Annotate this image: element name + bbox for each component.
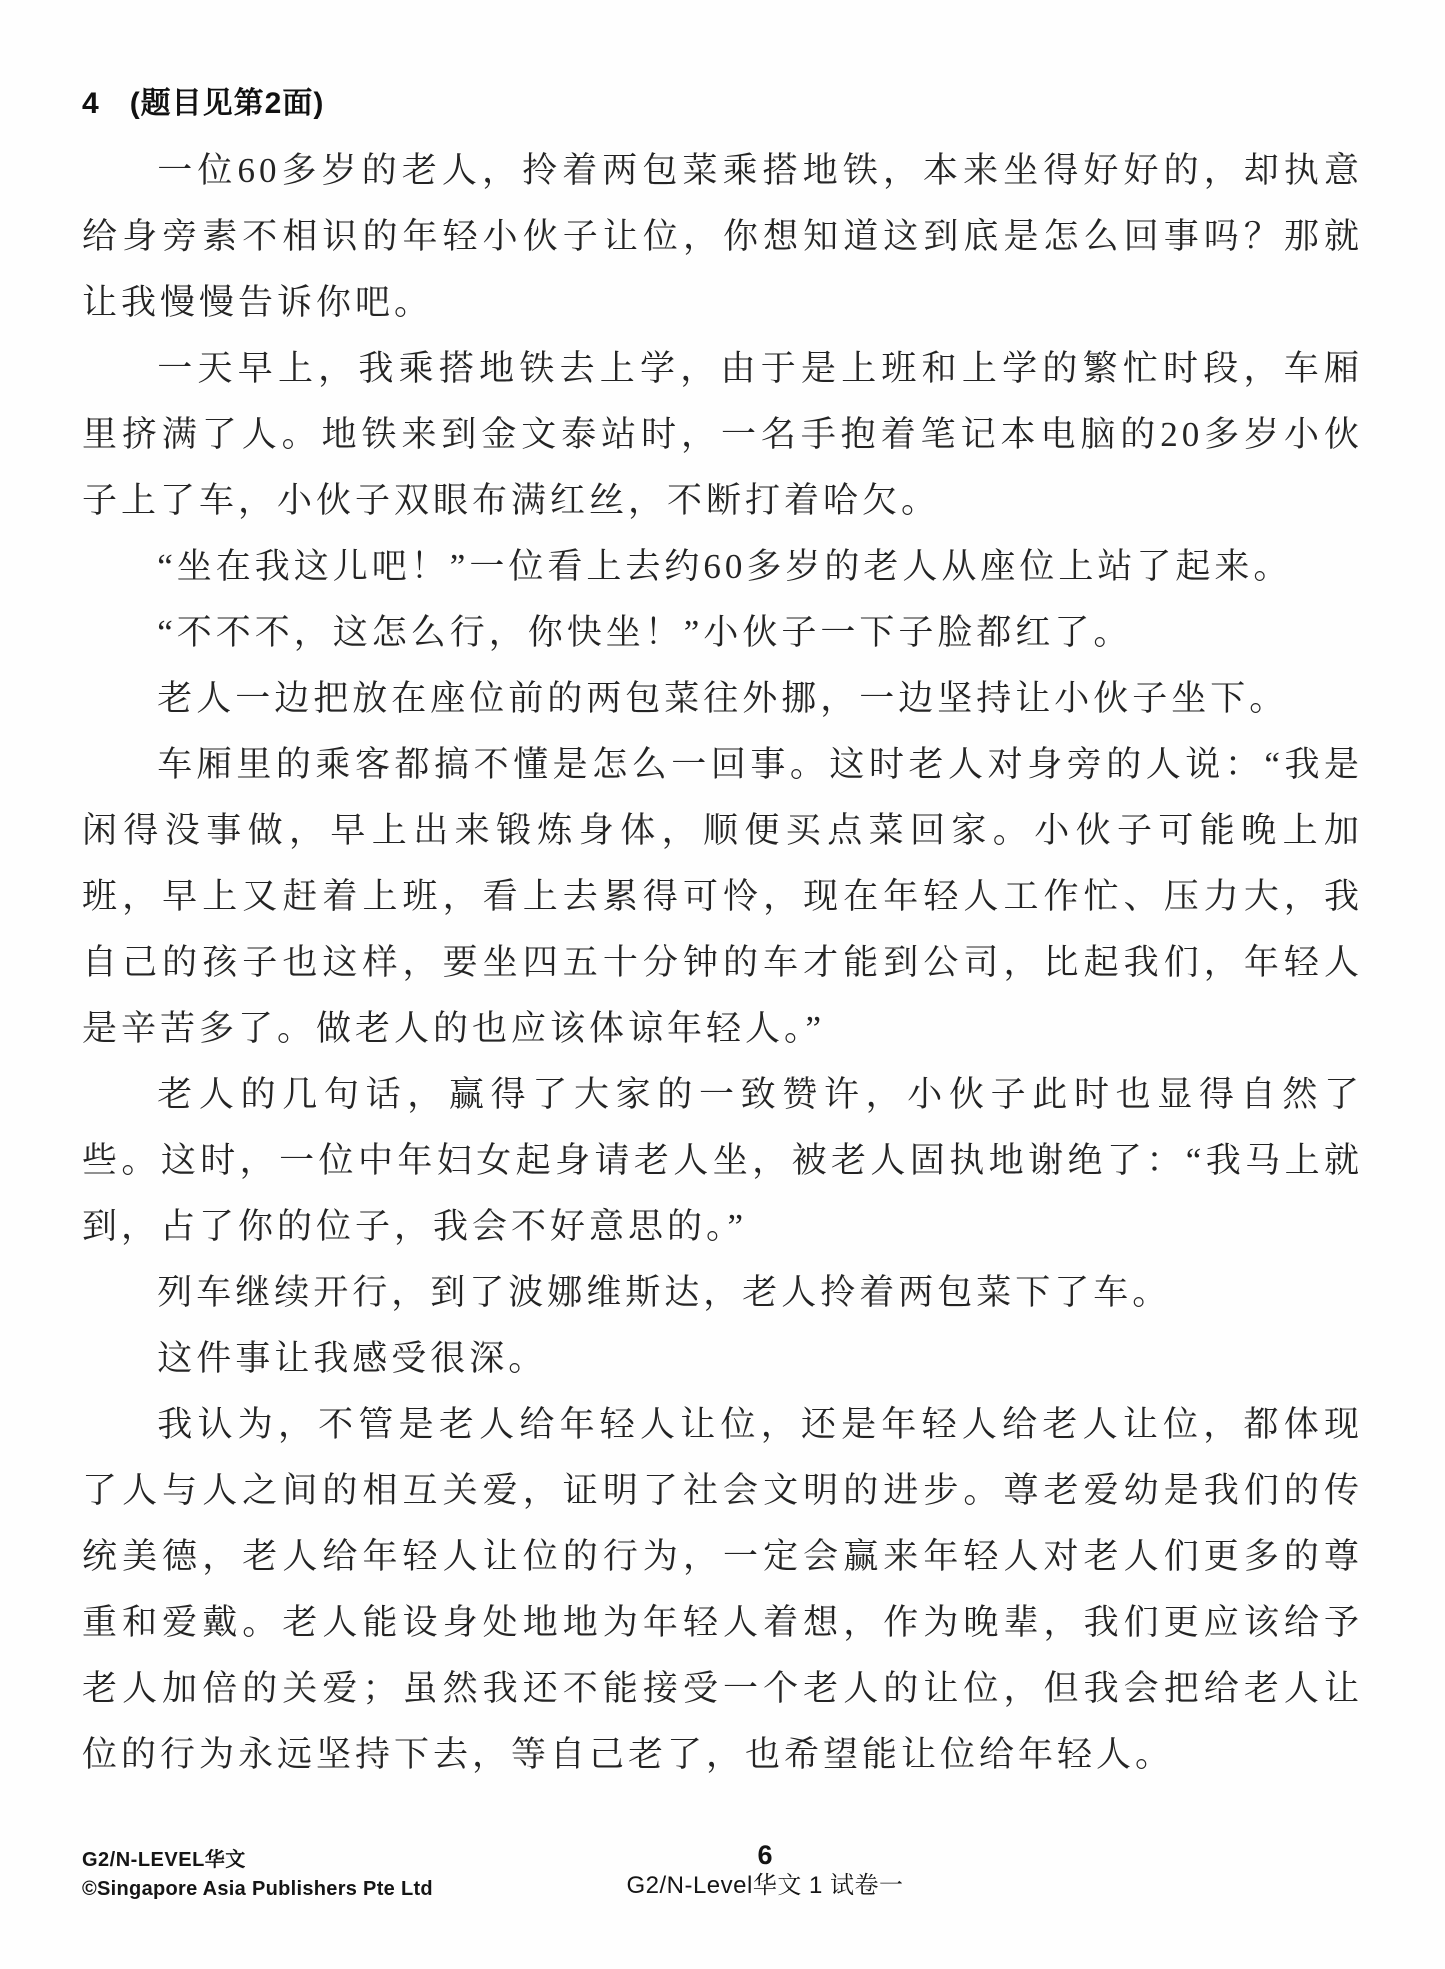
footer-left: G2/N-LEVEL华文 ©Singapore Asia Publishers …	[82, 1846, 433, 1904]
question-number: 4	[82, 87, 100, 121]
essay-paragraph: 一位60多岁的老人，拎着两包菜乘搭地铁，本来坐得好好的，却执意给身旁素不相识的年…	[82, 138, 1363, 336]
essay-paragraph: “坐在我这儿吧！”一位看上去约60多岁的老人从座位上站了起来。	[82, 534, 1363, 600]
essay-paragraph: 车厢里的乘客都搞不懂是怎么一回事。这时老人对身旁的人说：“我是闲得没事做，早上出…	[82, 732, 1363, 1062]
essay-paragraph: “不不不，这怎么行，你快坐！”小伙子一下子脸都红了。	[82, 600, 1363, 666]
essay-paragraph: 一天早上，我乘搭地铁去上学，由于是上班和上学的繁忙时段，车厢里挤满了人。地铁来到…	[82, 336, 1363, 534]
essay-body: 一位60多岁的老人，拎着两包菜乘搭地铁，本来坐得好好的，却执意给身旁素不相识的年…	[82, 138, 1363, 1788]
essay-paragraph: 老人的几句话，赢得了大家的一致赞许，小伙子此时也显得自然了些。这时，一位中年妇女…	[82, 1062, 1363, 1260]
question-header-note: (题目见第2面)	[130, 87, 325, 120]
paper-label: G2/N-Level华文 1 试卷一	[560, 1870, 970, 1902]
essay-paragraph: 列车继续开行，到了波娜维斯达，老人拎着两包菜下了车。	[82, 1260, 1363, 1326]
document-page: 4(题目见第2面) 一位60多岁的老人，拎着两包菜乘搭地铁，本来坐得好好的，却执…	[0, 0, 1445, 1969]
essay-paragraph: 我认为，不管是老人给年轻人让位，还是年轻人给老人让位，都体现了人与人之间的相互关…	[82, 1392, 1363, 1788]
copyright-text: ©Singapore Asia Publishers Pte Ltd	[82, 1875, 433, 1904]
footer-center: 6 G2/N-Level华文 1 试卷一	[560, 1840, 970, 1902]
series-label: G2/N-LEVEL华文	[82, 1846, 433, 1875]
question-header: 4(题目见第2面)	[82, 78, 324, 122]
page-number: 6	[560, 1840, 970, 1870]
essay-paragraph: 这件事让我感受很深。	[82, 1326, 1363, 1392]
essay-paragraph: 老人一边把放在座位前的两包菜往外挪，一边坚持让小伙子坐下。	[82, 666, 1363, 732]
